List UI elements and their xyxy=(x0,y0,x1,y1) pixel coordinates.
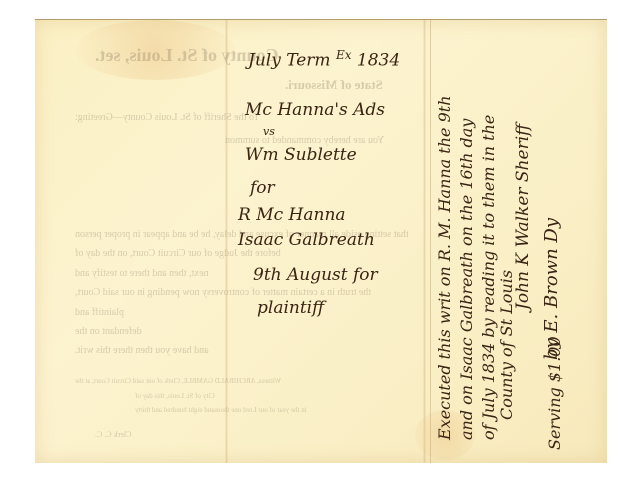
endorsement-date: 9th August for xyxy=(253,265,378,285)
endorsement-witness-1: R Mc Hanna xyxy=(238,205,346,225)
bleed-heading-state: State of Missouri. xyxy=(285,77,383,93)
bleed-line: next, then and there to testify and xyxy=(75,268,209,279)
bleed-line: defendant on the xyxy=(75,326,142,337)
endorsement-witness-2: Isaac Galbreath xyxy=(238,230,375,250)
bleed-line: the truth in a certain matter of controv… xyxy=(75,287,371,298)
return-fees: Serving $1.00 xyxy=(545,336,564,450)
bleed-line: and have you then there this writ. xyxy=(75,345,209,356)
return-line: Executed this writ on R. M. Hanna the 9t… xyxy=(435,95,454,440)
term-label: July Term xyxy=(248,51,331,71)
endorsement-versus: vs xyxy=(263,125,275,138)
endorsement-plaintiff: plaintiff xyxy=(257,298,324,318)
bleed-line: To the Sheriff of St. Louis County—Greet… xyxy=(75,112,259,123)
fold-line xyxy=(430,20,431,463)
bleed-line: plaintiff and xyxy=(75,307,124,318)
term-year: 1834 xyxy=(357,51,400,71)
return-sheriff-signature: John K Walker Sheriff xyxy=(513,124,533,310)
endorsement-for: for xyxy=(250,178,275,198)
bleed-clerk: Clerk C. C. xyxy=(95,430,131,439)
fold-line xyxy=(423,20,426,463)
fold-line xyxy=(225,20,228,463)
endorsement-case-party: Mc Hanna's Ads xyxy=(245,100,385,120)
bleed-witness: City of St. Louis, this day of xyxy=(135,392,215,400)
document-page: County of St. Louis, set. State of Misso… xyxy=(35,19,607,463)
term-suffix: Ex xyxy=(336,48,352,62)
return-line: and on Isaac Galbreath on the 16th day xyxy=(457,119,476,440)
endorsement-term: July Term Ex 1834 xyxy=(248,48,400,71)
bleed-witness: Witness, ARCHIBALD GAMBLE, Clerk of our … xyxy=(75,377,281,385)
bleed-witness: in the year of our Lord one thousand eig… xyxy=(135,406,307,414)
return-line: of July 1834 by reading it to them in th… xyxy=(479,115,498,440)
endorsement-defendant: Wm Sublette xyxy=(245,145,357,165)
